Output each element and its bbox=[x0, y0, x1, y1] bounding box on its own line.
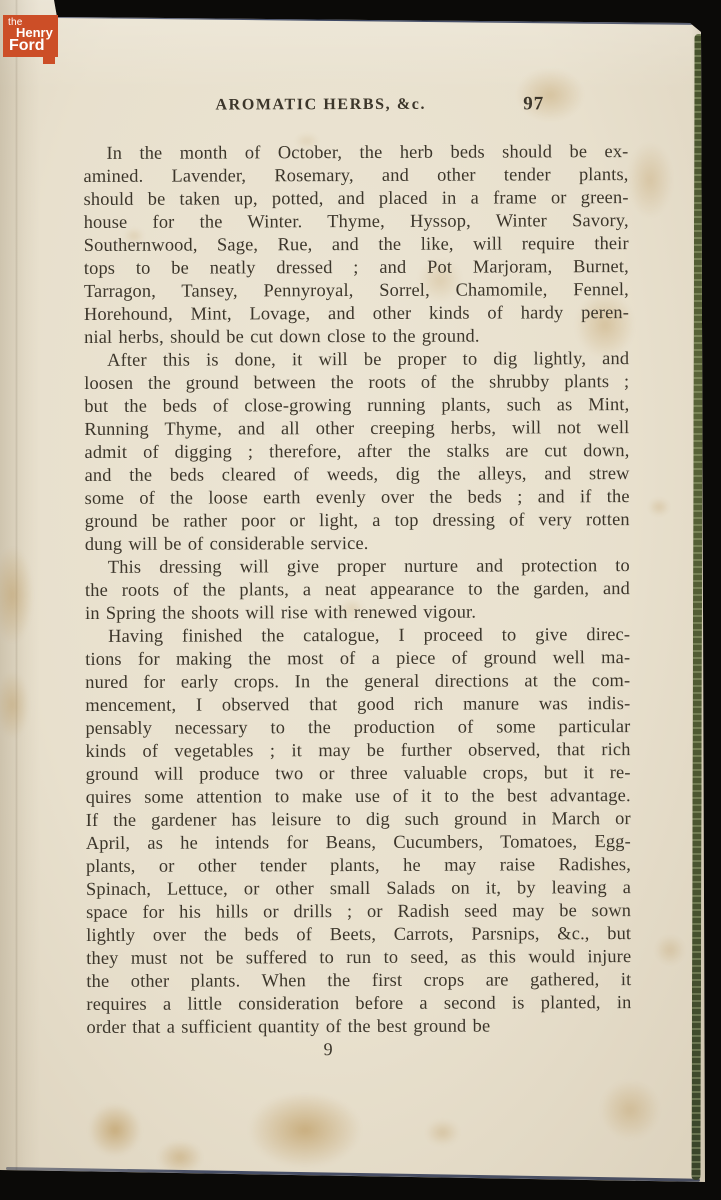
text-line: quires some attention to make use of it … bbox=[86, 784, 631, 809]
text-line: Running Thyme, and all other creeping he… bbox=[84, 416, 629, 441]
signature-mark: 9 bbox=[87, 1038, 570, 1061]
paragraph: Having finished the catalogue, I proceed… bbox=[85, 623, 631, 1039]
text-line: mencement, I observed that good rich man… bbox=[85, 692, 630, 717]
text-line: This dressing will give proper nurture a… bbox=[85, 554, 630, 579]
text-line: loosen the ground between the roots of t… bbox=[84, 370, 629, 395]
text-line: After this is done, it will be proper to… bbox=[84, 347, 629, 372]
text-line: and the beds cleared of weeds, dig the a… bbox=[85, 462, 630, 487]
printed-text-layer: AROMATIC HERBS, &c. 97 In the month of O… bbox=[0, 0, 721, 1200]
text-line: dung will be of considerable service. bbox=[85, 531, 630, 556]
text-line: tions for making the most of a piece of … bbox=[85, 646, 630, 671]
text-line: nured for early crops. In the general di… bbox=[85, 669, 630, 694]
paragraph: After this is done, it will be proper to… bbox=[84, 347, 630, 556]
text-line: the roots of the plants, a neat appearan… bbox=[85, 577, 630, 602]
henry-ford-logo: the Henry Ford bbox=[3, 15, 58, 57]
text-line: Southernwood, Sage, Rue, and the like, w… bbox=[84, 232, 629, 257]
text-line: requires a little consideration before a… bbox=[86, 991, 631, 1016]
text-line: kinds of vegetables ; it may be further … bbox=[85, 738, 630, 763]
text-line: In the month of October, the herb beds s… bbox=[83, 140, 628, 165]
text-line: they must not be suffered to run to seed… bbox=[86, 945, 631, 970]
page-scan: AROMATIC HERBS, &c. 97 In the month of O… bbox=[0, 0, 721, 1200]
text-line: space for his hills or drills ; or Radis… bbox=[86, 899, 631, 924]
text-line: pensably necessary to the production of … bbox=[85, 715, 630, 740]
text-line: in Spring the shoots will rise with rene… bbox=[85, 600, 630, 625]
text-line: lightly over the beds of Beets, Carrots,… bbox=[86, 922, 631, 947]
backdrop: AROMATIC HERBS, &c. 97 In the month of O… bbox=[0, 0, 721, 1200]
running-title: AROMATIC HERBS, &c. bbox=[83, 95, 558, 115]
logo-tab bbox=[43, 57, 55, 64]
logo-text-ford: Ford bbox=[9, 38, 45, 54]
text-line: ground will produce two or three valuabl… bbox=[86, 761, 631, 786]
text-line: some of the loose earth evenly over the … bbox=[85, 485, 630, 510]
text-line: April, as he intends for Beans, Cucumber… bbox=[86, 830, 631, 855]
text-line: nial herbs, should be cut down close to … bbox=[84, 324, 629, 349]
text-line: ground be rather poor or light, a top dr… bbox=[85, 508, 630, 533]
text-line: tops to be neatly dressed ; and Pot Marj… bbox=[84, 255, 629, 280]
text-line: Horehound, Mint, Lovage, and other kinds… bbox=[84, 301, 629, 326]
text-line: amined. Lavender, Rosemary, and other te… bbox=[83, 163, 628, 188]
text-line: plants, or other tender plants, he may r… bbox=[86, 853, 631, 878]
text-line: If the gardener has leisure to dig such … bbox=[86, 807, 631, 832]
text-line: Having finished the catalogue, I proceed… bbox=[85, 623, 630, 648]
text-line: Spinach, Lettuce, or other small Salads … bbox=[86, 876, 631, 901]
text-line: order that a sufficient quantity of the … bbox=[86, 1014, 631, 1039]
text-line: admit of digging ; therefore, after the … bbox=[84, 439, 629, 464]
paragraph: This dressing will give proper nurture a… bbox=[85, 554, 630, 625]
text-line: Tarragon, Tansey, Pennyroyal, Sorrel, Ch… bbox=[84, 278, 629, 303]
page-header: AROMATIC HERBS, &c. 97 bbox=[83, 95, 628, 119]
text-line: should be taken up, potted, and placed i… bbox=[84, 186, 629, 211]
paragraph: In the month of October, the herb beds s… bbox=[83, 140, 629, 349]
text-line: but the beds of close-growing running pl… bbox=[84, 393, 629, 418]
body-text: In the month of October, the herb beds s… bbox=[83, 140, 631, 1039]
text-line: house for the Winter. Thyme, Hyssop, Win… bbox=[84, 209, 629, 234]
text-line: the other plants. When the first crops a… bbox=[86, 968, 631, 993]
page-number: 97 bbox=[523, 93, 544, 115]
